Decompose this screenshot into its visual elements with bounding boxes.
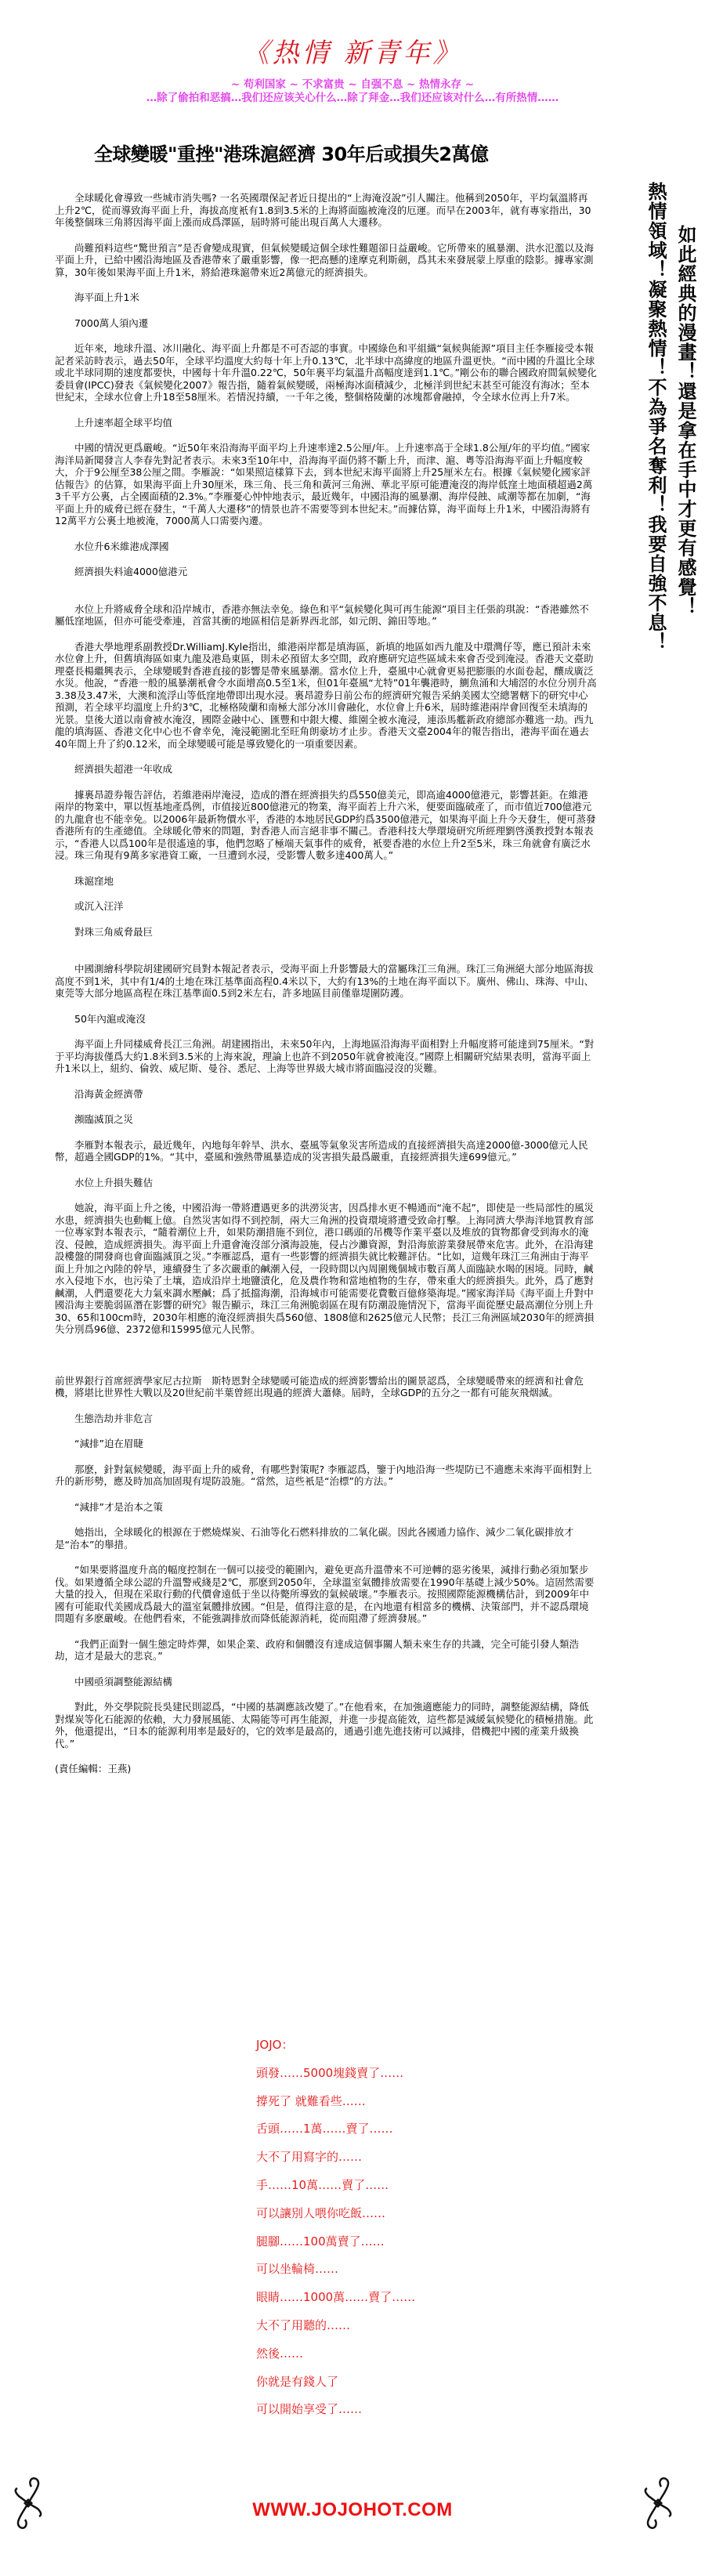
article-subheading: 上升速率超全球平均值 bbox=[55, 417, 597, 429]
article-paragraph: 前世界銀行首席經濟學家尼古拉斯 斯特恩對全球變暖可能造成的經濟影響給出的圖景認爲… bbox=[55, 1375, 597, 1399]
poem-line: 你就是有錢人了 bbox=[256, 2374, 415, 2402]
article-paragraphs: 全球暖化會導致一些城市消失嗎? 一名英國環保記者近日提出的“上海淹沒說”引人關注… bbox=[55, 192, 597, 1749]
poem-line: 舌頭……1萬……賣了…… bbox=[256, 2121, 415, 2149]
article-paragraph: 尚難預料這些“驚世預言”是否會變成現實，但氣候變暖這個全球性難題卻日益嚴峻。它所… bbox=[55, 242, 597, 279]
article-paragraph: 海平面上升同樣威脅長江三角洲。胡建國指出，未來50年內，上海地區沿海海平面相對上… bbox=[55, 1038, 597, 1075]
poem-line: 可以讓別人喂你吃飯…… bbox=[256, 2205, 415, 2234]
poem-author: JOJO： bbox=[256, 2037, 415, 2065]
article-paragraph: 中國的情況更爲嚴峻。“近50年來沿海海平面平均上升速率達2.5公厘/年。上升速率… bbox=[55, 442, 597, 527]
article-paragraph: 中國測繪科學院胡建國研究員對本報記者表示，受海平面上升影響最大的當屬珠江三角洲。… bbox=[55, 963, 597, 1000]
flourish-ornament-icon bbox=[641, 2476, 676, 2531]
site-url-link[interactable]: WWW.JOJOHOT.COM bbox=[0, 2499, 705, 2521]
article-paragraph: 香港大學地理系副教授Dr.WilliamJ.Kyle指出，維港兩岸都是填海區，新… bbox=[55, 641, 597, 751]
poem-line: 然後…… bbox=[256, 2346, 415, 2374]
article-body: 全球暖化會導致一些城市消失嗎? 一名英國環保記者近日提出的“上海淹沒說”引人關注… bbox=[55, 192, 597, 1789]
article-paragraph: 近年來，地球升溫、冰川融化、海平面上升都是不可否認的事實。中國綠色和平組織“氣候… bbox=[55, 342, 597, 403]
article-subheading: 瀕臨滅頂之災 bbox=[55, 1113, 597, 1126]
article-subheading: 對珠三角威脅最巨 bbox=[55, 926, 597, 939]
article-paragraph: 全球暖化會導致一些城市消失嗎? 一名英國環保記者近日提出的“上海淹沒說”引人關注… bbox=[55, 192, 597, 229]
article-subheading: 經濟損失料逾4000億港元 bbox=[55, 566, 597, 578]
article-subheading: 中國亟須調整能源結構 bbox=[55, 1676, 597, 1688]
article-paragraph: 她指出，全球暖化的根源在于燃燒煤炭、石油等化石燃料排放的二氧化碳。因此各國通力協… bbox=[55, 1526, 597, 1550]
article-paragraph: “如果要將溫度升高的幅度控制在一個可以接受的範圍內，避免更高升溫帶來不可逆轉的惡… bbox=[55, 1564, 597, 1625]
article-subheading: 水位升6米維港成澤國 bbox=[55, 541, 597, 553]
article-paragraph: 據裏昂證券報告評估，若維港兩岸淹浸，造成的潛在經濟損失約爲550億美元，即高逾4… bbox=[55, 789, 597, 862]
article-subheading: 生態浩劫并非危言 bbox=[55, 1413, 597, 1425]
article-paragraph: 李雁對本報表示，最近幾年，內地每年幹旱、洪水、臺風等氣象災害所造成的直接經濟損失… bbox=[55, 1139, 597, 1163]
poem-line: 可以坐輪椅…… bbox=[256, 2261, 415, 2289]
article-paragraph: 那麽，針對氣候變暖，海平面上升的威脅，有哪些對策呢? 李雁認爲，鑒于內地沿海一些… bbox=[55, 1463, 597, 1488]
article-subheading: 珠滬窪地 bbox=[55, 875, 597, 888]
vertical-slogan-right: 如此經典的漫畫！還是拿在手中才更有感覺！ bbox=[674, 225, 697, 617]
poem-line: 大不了用聽的…… bbox=[256, 2317, 415, 2346]
article-subheading: 沿海黃金經濟帶 bbox=[55, 1088, 597, 1101]
article-paragraph: 對此，外交學院院長吳建民則認爲，“中國的基調應該改變了。”在他看來，在加強適應能… bbox=[55, 1701, 597, 1749]
editor-note: (責任編輯：王燕) bbox=[55, 1763, 597, 1775]
article-subheading: 水位上升損失難估 bbox=[55, 1177, 597, 1189]
article-subheading: 或沉入汪洋 bbox=[55, 900, 597, 913]
vertical-slogan-left: 熱情領域！凝聚熱情！不為爭名奪利！我要自強不息！ bbox=[644, 182, 667, 652]
article-paragraph: “我們正面對一個生態定時炸彈，如果企業、政府和個體沒有達成這個事關人類未來生存的… bbox=[55, 1638, 597, 1662]
article-headline: 全球變暖"重挫"港珠滬經濟 30年后或損失2萬億 bbox=[94, 139, 564, 166]
poem-line: 腿腳……100萬賣了…… bbox=[256, 2234, 415, 2262]
article-subheading: 50年內滬或淹沒 bbox=[55, 1013, 597, 1026]
poem-line: 頭發……5000塊錢賣了…… bbox=[256, 2065, 415, 2093]
article-subheading: 7000萬人須內遷 bbox=[55, 317, 597, 330]
article-subheading: 經濟損失超港一年收成 bbox=[55, 763, 597, 776]
site-banner-title: 《热情 新青年》 bbox=[0, 31, 705, 70]
jojo-poem: JOJO：頭發……5000塊錢賣了……撐死了 就難看些……舌頭……1萬……賣了…… bbox=[256, 2037, 415, 2429]
article-subheading: “減排”才是治本之策 bbox=[55, 1501, 597, 1514]
article-subheading: 海平面上升1米 bbox=[55, 291, 597, 304]
poem-line: 撐死了 就難看些…… bbox=[256, 2093, 415, 2122]
article-paragraph: 她說，海平面上升之後，中國沿海一帶將遭遇更多的洪澇災害，因爲排水更不暢通而“淹不… bbox=[55, 1202, 597, 1336]
poem-line: 大不了用寫字的…… bbox=[256, 2149, 415, 2177]
article-paragraph: 水位上升將威脅全球和沿岸城市，香港亦無法幸免。綠色和平“氣候變化與可再生能源”項… bbox=[55, 603, 597, 628]
article-subheading: “減排”迫在眉睫 bbox=[55, 1438, 597, 1450]
poem-line: 可以開始享受了…… bbox=[256, 2401, 415, 2429]
poem-line: 手……10萬……賣了…… bbox=[256, 2177, 415, 2205]
poem-line: 眼睛……1000萬……賣了…… bbox=[256, 2289, 415, 2317]
banner-slogan-2: …除了偷拍和恶搞…我们还应该关心什么…除了拜金…我们还应该对什么…有所热情…… bbox=[0, 89, 705, 104]
